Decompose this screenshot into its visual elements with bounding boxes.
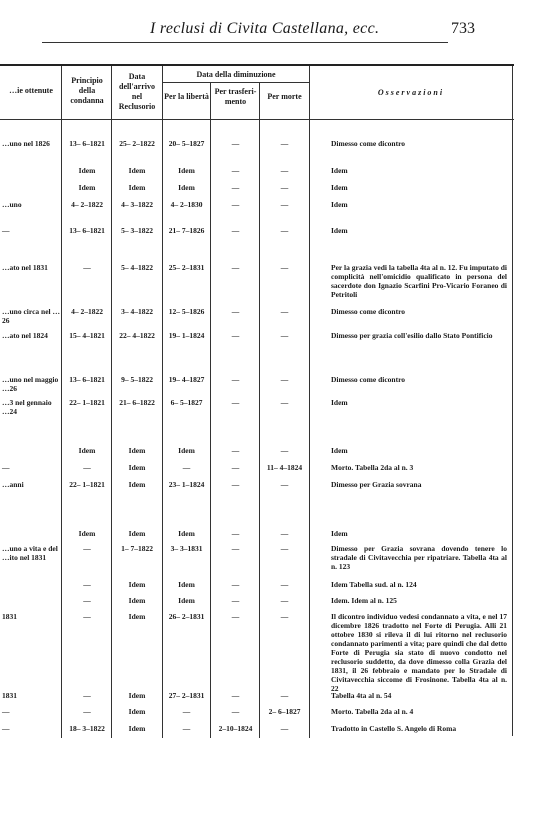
table-cell-c0: — — [2, 463, 60, 472]
table-cell-c1: — — [63, 544, 111, 553]
table-cell-c6: Per la grazia vedi la tabella 4ta al n. … — [331, 263, 507, 299]
table-cell-c6: Idem — [331, 446, 507, 455]
table-cell-c1: — — [63, 707, 111, 716]
table-cell-c4: — — [212, 331, 259, 340]
table-cell-c1: — — [63, 596, 111, 605]
table-cell-c2: 3– 4–1822 — [113, 307, 161, 316]
table-cell-c0: — — [2, 707, 60, 716]
header-col6: Osservazioni — [311, 88, 511, 98]
table-cell-c1: — — [63, 580, 111, 589]
header-col3: Per la libertà — [163, 92, 210, 102]
table-cell-c3: 20– 5–1827 — [163, 139, 210, 148]
table-cell-c6: Idem Tabella sud. al n. 124 — [331, 580, 507, 589]
table-cell-c1: 15– 4–1821 — [63, 331, 111, 340]
table-cell-c4: — — [212, 596, 259, 605]
table-cell-c5: — — [261, 691, 308, 700]
table-cell-c2: Idem — [113, 446, 161, 455]
running-head: I reclusi di Civita Castellana, ecc. 733 — [0, 20, 550, 40]
table-cell-c6: Idem — [331, 226, 507, 235]
column-divider — [111, 66, 112, 738]
table-cell-c0: 1831 — [2, 612, 60, 621]
column-divider — [259, 83, 260, 738]
table-cell-c5: — — [261, 375, 308, 384]
table-cell-c5: — — [261, 446, 308, 455]
table-cell-c3: 23– 1–1824 — [163, 480, 210, 489]
table-cell-c1: 4– 2–1822 — [63, 307, 111, 316]
table-cell-c5: — — [261, 139, 308, 148]
table-cell-c0: …ato nel 1824 — [2, 331, 60, 340]
table-cell-c1: 4– 2–1822 — [63, 200, 111, 209]
header-col1: Principio della condanna — [63, 76, 111, 106]
table-cell-c6: Idem — [331, 183, 507, 192]
table-cell-c5: — — [261, 544, 308, 553]
table-cell-c4: — — [212, 580, 259, 589]
table-cell-c5: — — [261, 166, 308, 175]
table-cell-c5: — — [261, 480, 308, 489]
table-cell-c0: …anni — [2, 480, 60, 489]
table-cell-c2: 9– 5–1822 — [113, 375, 161, 384]
table-cell-c1: 13– 6–1821 — [63, 226, 111, 235]
table-cell-c3: Idem — [163, 580, 210, 589]
header-col4: Per trasferi-mento — [212, 87, 259, 107]
header-bottom-rule — [0, 119, 514, 120]
table-cell-c5: — — [261, 596, 308, 605]
running-title: I reclusi di Civita Castellana, ecc. — [150, 20, 379, 38]
table-cell-c4: — — [212, 612, 259, 621]
table-cell-c1: Idem — [63, 166, 111, 175]
table-cell-c3: 27– 2–1831 — [163, 691, 210, 700]
table-cell-c0: …ato nel 1831 — [2, 263, 60, 272]
table-cell-c4: — — [212, 226, 259, 235]
table-cell-c4: — — [212, 463, 259, 472]
table-cell-c6: Dimesso per grazia coll'esilio dallo Sta… — [331, 331, 507, 340]
table-cell-c6: Idem. Idem al n. 125 — [331, 596, 507, 605]
table-cell-c1: 22– 1–1821 — [63, 480, 111, 489]
table-cell-c1: — — [63, 463, 111, 472]
table-cell-c1: Idem — [63, 529, 111, 538]
table-cell-c0: …uno nel maggio …26 — [2, 375, 60, 393]
table-cell-c6: Il dicontro individuo vedesi condannato … — [331, 612, 507, 693]
table-cell-c4: — — [212, 307, 259, 316]
table-cell-c4: — — [212, 183, 259, 192]
table-cell-c2: Idem — [113, 580, 161, 589]
table-cell-c3: Idem — [163, 166, 210, 175]
table-cell-c3: Idem — [163, 446, 210, 455]
column-divider — [309, 66, 310, 738]
header-rule — [42, 42, 448, 43]
table-cell-c4: — — [212, 166, 259, 175]
page-number: 733 — [451, 20, 475, 38]
table-cell-c2: 25– 2–1822 — [113, 139, 161, 148]
table-cell-c2: Idem — [113, 596, 161, 605]
table-cell-c6: Dimesso come dicontro — [331, 307, 507, 316]
table-cell-c1: Idem — [63, 446, 111, 455]
table-cell-c3: 4– 2–1830 — [163, 200, 210, 209]
table-cell-c5: — — [261, 307, 308, 316]
table-cell-c3: — — [163, 724, 210, 733]
table-cell-c5: — — [261, 183, 308, 192]
table-cell-c5: 2– 6–1827 — [261, 707, 308, 716]
table-cell-c4: 2–10–1824 — [212, 724, 259, 733]
table-cell-c3: 19– 4–1827 — [163, 375, 210, 384]
table-cell-c4: — — [212, 263, 259, 272]
table-cell-c2: Idem — [113, 166, 161, 175]
group-header-rule — [163, 82, 309, 83]
table-cell-c4: — — [212, 139, 259, 148]
table-right-border — [512, 66, 513, 736]
column-divider — [61, 66, 62, 738]
table-cell-c2: Idem — [113, 480, 161, 489]
table-cell-c4: — — [212, 446, 259, 455]
table-cell-c2: Idem — [113, 463, 161, 472]
table-cell-c6: Dimesso per Grazia sovrana dovendo tener… — [331, 544, 507, 571]
table-cell-c6: Dimesso come dicontro — [331, 139, 507, 148]
table-cell-c4: — — [212, 691, 259, 700]
table-cell-c3: 19– 1–1824 — [163, 331, 210, 340]
table-cell-c6: Idem — [331, 200, 507, 209]
table-cell-c3: Idem — [163, 596, 210, 605]
table-cell-c1: 22– 1–1821 — [63, 398, 111, 407]
table-cell-c5: — — [261, 529, 308, 538]
table-cell-c5: — — [261, 331, 308, 340]
table-cell-c6: Idem — [331, 398, 507, 407]
table-cell-c1: — — [63, 263, 111, 272]
table-cell-c2: 22– 4–1822 — [113, 331, 161, 340]
table-cell-c6: Morto. Tabella 2da al n. 4 — [331, 707, 507, 716]
table-cell-c4: — — [212, 544, 259, 553]
table-cell-c6: Tabella 4ta al n. 54 — [331, 691, 507, 700]
table-cell-c4: — — [212, 480, 259, 489]
table-cell-c1: Idem — [63, 183, 111, 192]
column-divider — [210, 83, 211, 738]
table-cell-c6: Morto. Tabella 2da al n. 3 — [331, 463, 507, 472]
table-cell-c3: — — [163, 463, 210, 472]
table-cell-c2: Idem — [113, 183, 161, 192]
table-cell-c4: — — [212, 375, 259, 384]
table-cell-c3: — — [163, 707, 210, 716]
table-top-rule — [0, 64, 514, 66]
header-col2: Data dell'arrivo nel Reclusorio — [113, 72, 161, 112]
table-cell-c3: 12– 5–1826 — [163, 307, 210, 316]
table-cell-c2: 21– 6–1822 — [113, 398, 161, 407]
table-cell-c0: — — [2, 724, 60, 733]
table-cell-c4: — — [212, 707, 259, 716]
table-cell-c5: — — [261, 200, 308, 209]
table-cell-c3: 6– 5–1827 — [163, 398, 210, 407]
table-cell-c4: — — [212, 200, 259, 209]
table-cell-c3: Idem — [163, 183, 210, 192]
table-cell-c1: — — [63, 612, 111, 621]
header-group-diminuzione: Data della diminuzione — [163, 70, 309, 80]
table-cell-c0: …uno nel 1826 — [2, 139, 60, 148]
table-cell-c2: Idem — [113, 691, 161, 700]
table-cell-c1: 13– 6–1821 — [63, 375, 111, 384]
header-col5: Per morte — [261, 92, 308, 102]
table-cell-c2: Idem — [113, 707, 161, 716]
table-cell-c4: — — [212, 529, 259, 538]
table-cell-c2: 5– 4–1822 — [113, 263, 161, 272]
table-cell-c2: Idem — [113, 612, 161, 621]
table-cell-c5: — — [261, 226, 308, 235]
table-cell-c3: Idem — [163, 529, 210, 538]
table-cell-c6: Tradotto in Castello S. Angelo di Roma — [331, 724, 507, 733]
table-cell-c6: Idem — [331, 529, 507, 538]
table-cell-c3: 25– 2–1831 — [163, 263, 210, 272]
table-cell-c1: 13– 6–1821 — [63, 139, 111, 148]
table-cell-c6: Dimesso come dicontro — [331, 375, 507, 384]
table-cell-c2: Idem — [113, 529, 161, 538]
table-cell-c5: — — [261, 612, 308, 621]
table-cell-c0: 1831 — [2, 691, 60, 700]
table-cell-c0: …uno circa nel …26 — [2, 307, 60, 325]
table-cell-c5: — — [261, 724, 308, 733]
table-cell-c0: — — [2, 226, 60, 235]
table-cell-c6: Dimesso per Grazia sovrana — [331, 480, 507, 489]
table-cell-c0: …uno a vita e del …ito nel 1831 — [2, 544, 60, 562]
table-cell-c1: — — [63, 691, 111, 700]
table-cell-c5: 11– 4–1824 — [261, 463, 308, 472]
table-cell-c2: Idem — [113, 724, 161, 733]
table-cell-c3: 26– 2–1831 — [163, 612, 210, 621]
table-cell-c2: 5– 3–1822 — [113, 226, 161, 235]
table-cell-c0: …3 nel gennaio …24 — [2, 398, 60, 416]
table-cell-c6: Idem — [331, 166, 507, 175]
table-cell-c2: 1– 7–1822 — [113, 544, 161, 553]
table-cell-c1: 18– 3–1822 — [63, 724, 111, 733]
table-cell-c3: 3– 3–1831 — [163, 544, 210, 553]
table-cell-c5: — — [261, 398, 308, 407]
table-cell-c5: — — [261, 263, 308, 272]
table-cell-c3: 21– 7–1826 — [163, 226, 210, 235]
header-col0: …ie ottenute — [2, 86, 60, 96]
table-cell-c5: — — [261, 580, 308, 589]
table-cell-c4: — — [212, 398, 259, 407]
table-cell-c0: …uno — [2, 200, 60, 209]
table-cell-c2: 4– 3–1822 — [113, 200, 161, 209]
